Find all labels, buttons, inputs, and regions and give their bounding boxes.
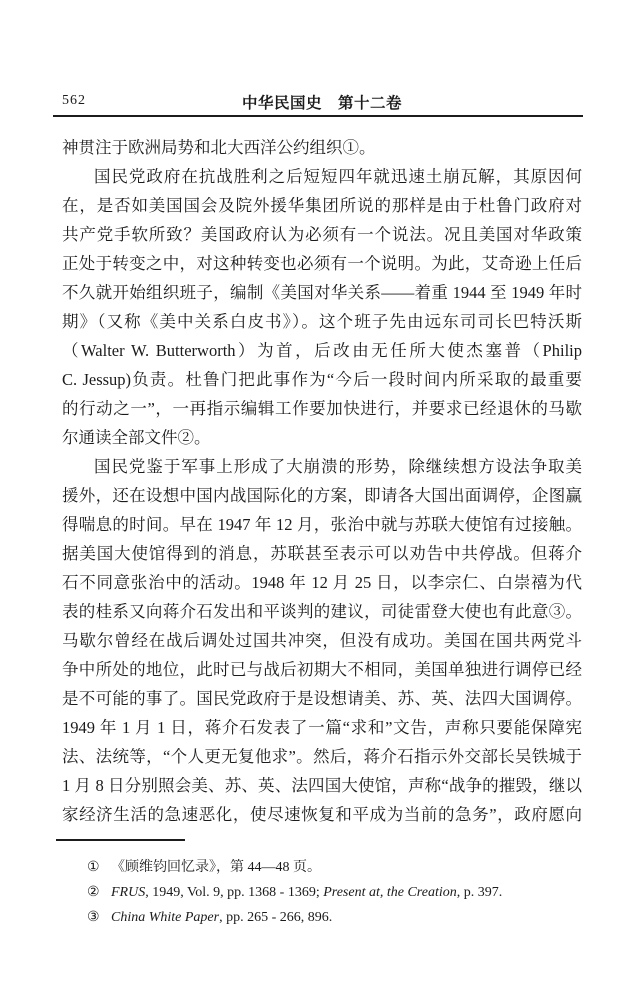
footnote-segment: 《顾维钧回忆录》，第 44—48 页。 xyxy=(111,860,321,875)
footnote-rule xyxy=(56,839,185,841)
body-line: 得喘息的时间。早在 1947 年 12 月，张治中就与苏联大使馆有过接触。 xyxy=(62,510,582,539)
footnote-segment: , p. 397. xyxy=(457,885,503,900)
footnote-marker: ② xyxy=(87,880,111,905)
body-line: 尔通读全部文件②。 xyxy=(62,423,582,452)
body-line: 正处于转变之中，对这种转变也必须有一个说明。为此，艾奇逊上任后 xyxy=(62,249,582,278)
footnote-text: FRUS, 1949, Vol. 9, pp. 1368 - 1369; Pre… xyxy=(111,880,592,905)
body-line: 1 月 8 日分别照会美、苏、英、法四国大使馆，声称“战争的摧毁，继以国 xyxy=(62,771,582,800)
body-line: 共产党手软所致？美国政府认为必须有一个说法。况且美国对华政策 xyxy=(62,220,582,249)
body-text: 神贯注于欧洲局势和北大西洋公约组织①。 国民党政府在抗战胜利之后短短四年就迅速土… xyxy=(62,133,582,829)
footnote-text: China White Paper, pp. 265 - 266, 896. xyxy=(111,905,592,930)
footnote-3: ③ China White Paper, pp. 265 - 266, 896. xyxy=(62,905,592,930)
body-line: 表的桂系又向蒋介石发出和平谈判的建议，司徒雷登大使也有此意③。 xyxy=(62,597,582,626)
body-line: 不久就开始组织班子，编制《美国对华关系——着重 1944 至 1949 年时 xyxy=(62,278,582,307)
body-line: 马歇尔曾经在战后调处过国共冲突，但没有成功。美国在国共两党斗 xyxy=(62,626,582,655)
footnote-text: 《顾维钧回忆录》，第 44—48 页。 xyxy=(111,855,592,880)
footnote-segment: China White Paper xyxy=(111,910,219,925)
body-line: （Walter W. Butterworth）为首，后改由无任所大使杰塞普（Ph… xyxy=(62,336,582,365)
footnote-1: ① 《顾维钧回忆录》，第 44—48 页。 xyxy=(62,855,592,880)
footnote-marker: ③ xyxy=(87,905,111,930)
body-line: 1949 年 1 月 1 日，蒋介石发表了一篇“求和”文告，声称只要能保障宪 xyxy=(62,713,582,742)
body-line: 国民党鉴于军事上形成了大崩溃的形势，除继续想方设法争取美 xyxy=(62,452,582,481)
body-line: 家经济生活的急速恶化，使尽速恢复和平成为当前的急务”，政府愿向 xyxy=(62,800,582,829)
header-title: 中华民国史 第十二卷 xyxy=(62,91,582,113)
footnote-segment: Present at, the Creation xyxy=(323,885,457,900)
body-line: 法、法统等，“个人更无复他求”。然后，蒋介石指示外交部长吴铁城于 xyxy=(62,742,582,771)
footnotes: ① 《顾维钧回忆录》，第 44—48 页。 ② FRUS, 1949, Vol.… xyxy=(62,855,592,930)
running-head: 562 中华民国史 第十二卷 xyxy=(62,91,582,111)
footnote-2: ② FRUS, 1949, Vol. 9, pp. 1368 - 1369; P… xyxy=(62,880,592,905)
body-line: 争中所处的地位，此时已与战后初期大不相同，美国单独进行调停已经 xyxy=(62,655,582,684)
body-line: 在，是否如美国国会及院外援华集团所说的那样是由于杜鲁门政府对 xyxy=(62,191,582,220)
body-line: 期》（又称《美中关系白皮书》）。这个班子先由远东司司长巴特沃斯 xyxy=(62,307,582,336)
body-line: 的行动之一”，一再指示编辑工作要加快进行，并要求已经退休的马歇 xyxy=(62,394,582,423)
body-line: 神贯注于欧洲局势和北大西洋公约组织①。 xyxy=(62,133,582,162)
body-line: 援外，还在设想中国内战国际化的方案，即请各大国出面调停，企图赢 xyxy=(62,481,582,510)
body-line: C. Jessup)负责。杜鲁门把此事作为“今后一段时间内所采取的最重要 xyxy=(62,365,582,394)
body-line: 石不同意张治中的活动。1948 年 12 月 25 日，以李宗仁、白崇禧为代 xyxy=(62,568,582,597)
footnote-segment: , pp. 265 - 266, 896. xyxy=(219,910,332,925)
footnote-segment: , 1949, Vol. 9, pp. 1368 - 1369; xyxy=(145,885,323,900)
book-page: 562 中华民国史 第十二卷 神贯注于欧洲局势和北大西洋公约组织①。 国民党政府… xyxy=(0,0,644,1000)
header-rule xyxy=(53,115,583,117)
body-line: 据美国大使馆得到的消息，苏联甚至表示可以劝告中共停战。但蒋介 xyxy=(62,539,582,568)
body-line: 是不可能的事了。国民党政府于是设想请美、苏、英、法四大国调停。 xyxy=(62,684,582,713)
footnote-segment: FRUS xyxy=(111,885,145,900)
footnote-marker: ① xyxy=(87,855,111,880)
body-line: 国民党政府在抗战胜利之后短短四年就迅速土崩瓦解，其原因何 xyxy=(62,162,582,191)
